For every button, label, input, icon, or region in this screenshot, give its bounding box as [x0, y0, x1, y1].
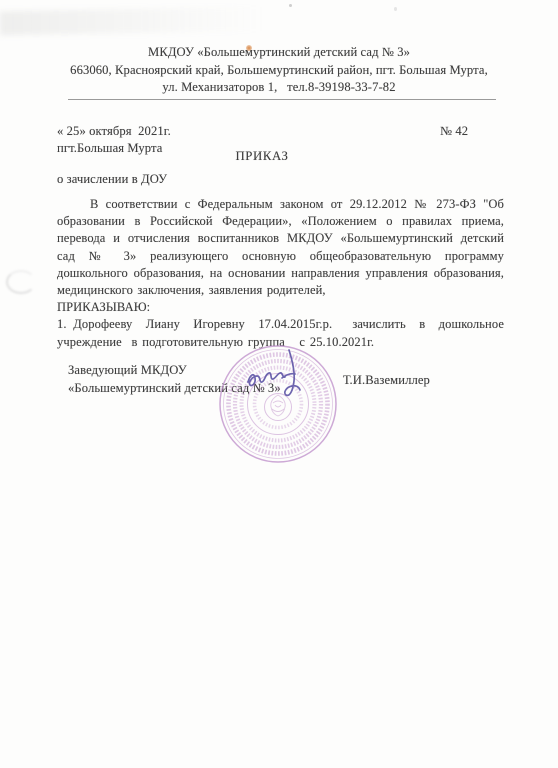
org-name: МКДОУ «Большемуртинский детский сад № 3»: [0, 44, 558, 62]
order-subject: о зачислении в ДОУ: [57, 172, 167, 187]
scan-artifact-curve: [6, 270, 36, 294]
letterhead-divider: [68, 99, 496, 100]
order-body: В соответствии с Федеральным законом от …: [57, 196, 504, 351]
scan-smudge: [0, 7, 265, 36]
decree-word: ПРИКАЗЫВАЮ:: [57, 299, 504, 316]
signatory-name: Т.И.Ваземиллер: [343, 373, 430, 388]
org-street-phone: ул. Механизаторов 1, тел.8-39198-33-7-82: [0, 79, 558, 97]
handwritten-signature: [238, 340, 322, 420]
order-number: № 42: [440, 124, 468, 139]
scan-speck: [289, 4, 292, 7]
org-address: 663060, Красноярский край, Большемуртинс…: [0, 62, 558, 80]
scan-speck: [394, 7, 397, 11]
document-page: МКДОУ «Большемуртинский детский сад № 3»…: [0, 0, 558, 768]
body-paragraph: В соответствии с Федеральным законом от …: [57, 196, 504, 299]
letterhead: МКДОУ «Большемуртинский детский сад № 3»…: [0, 44, 558, 97]
order-title: ПРИКАЗ: [0, 149, 524, 164]
order-date: « 25» октября 2021г.: [57, 124, 171, 139]
